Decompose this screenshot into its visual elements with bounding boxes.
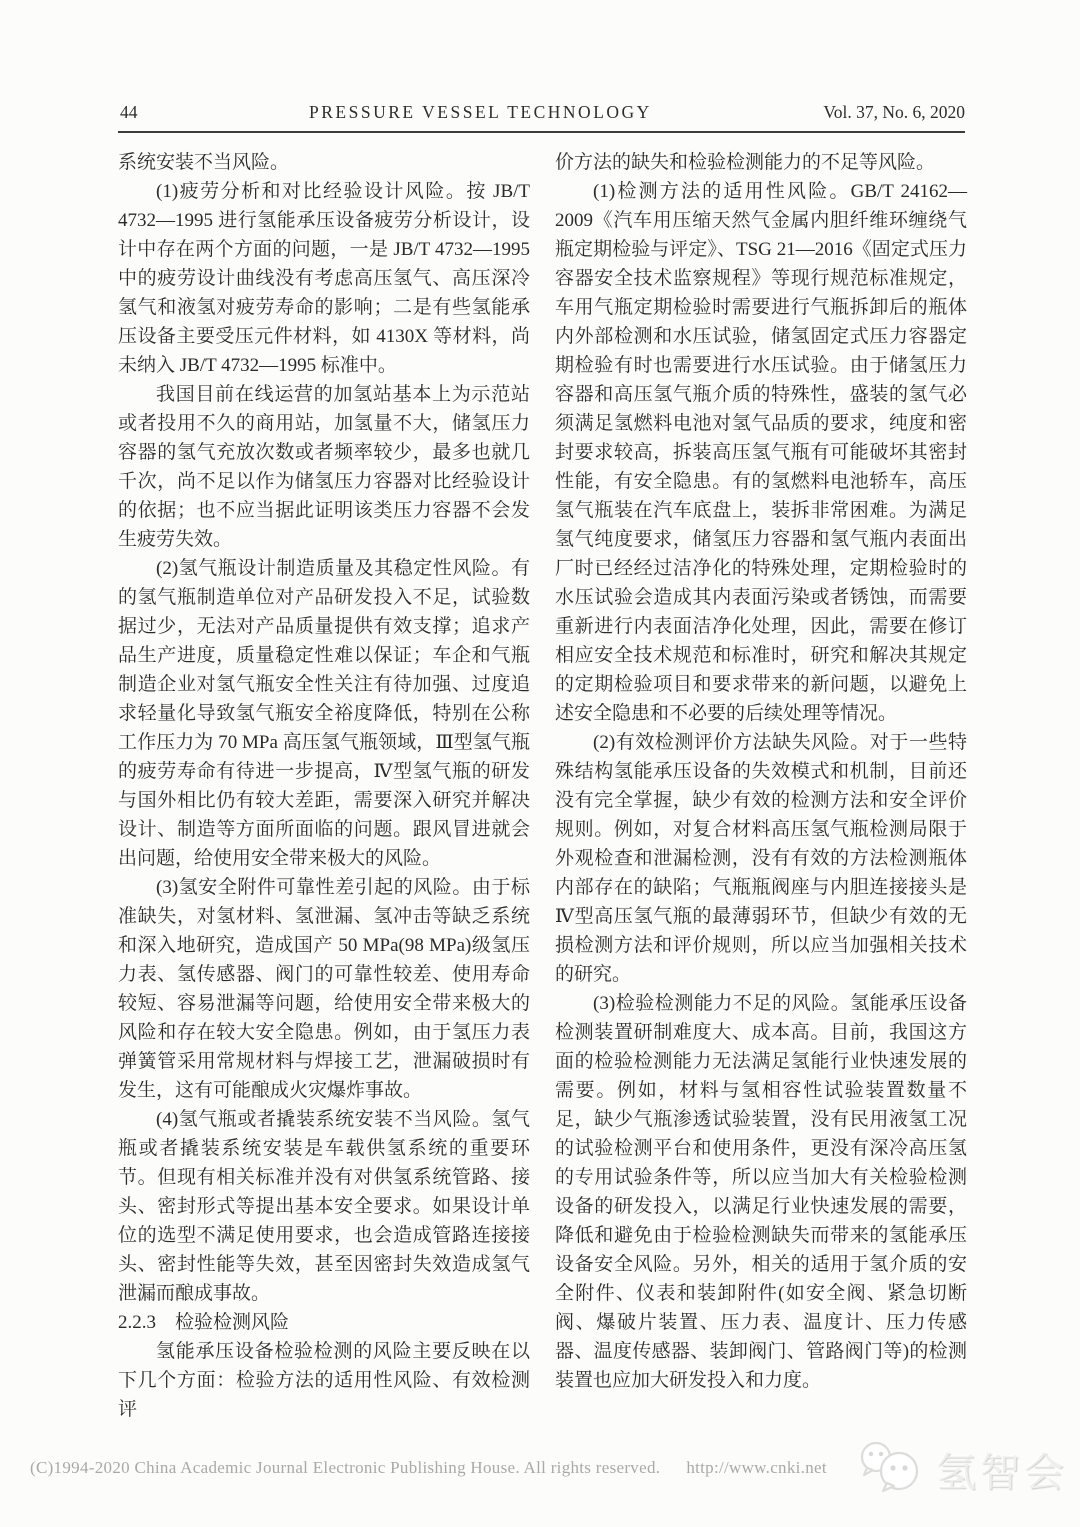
body-paragraph: (3)检验检测能力不足的风险。氢能承压设备检测装置研制难度大、成本高。目前，我国… (555, 989, 967, 1395)
header-divider (118, 131, 965, 133)
body-paragraph: (1)疲劳分析和对比经验设计风险。按 JB/T 4732—1995 进行氢能承压… (118, 177, 530, 380)
watermark-label: 氢智会 (936, 1441, 1068, 1498)
article-body: 系统安装不当风险。(1)疲劳分析和对比经验设计风险。按 JB/T 4732—19… (118, 148, 967, 1424)
watermark: 氢智会 (854, 1437, 1068, 1502)
page-number: 44 (120, 102, 138, 123)
body-paragraph: 系统安装不当风险。 (118, 148, 530, 177)
body-paragraph: (2)氢气瓶设计制造质量及其稳定性风险。有的氢气瓶制造单位对产品研发投入不足，试… (118, 554, 530, 873)
body-paragraph: (3)氢安全附件可靠性差引起的风险。由于标准缺失，对氢材料、氢泄漏、氢冲击等缺乏… (118, 873, 530, 1105)
issue-info: Vol. 37, No. 6, 2020 (823, 102, 965, 123)
body-paragraph: (4)氢气瓶或者撬装系统安装不当风险。氢气瓶或者撬装系统安装是车载供氢系统的重要… (118, 1105, 530, 1308)
right-column: 价方法的缺失和检验检测能力的不足等风险。(1)检测方法的适用性风险。GB/T 2… (555, 148, 967, 1424)
section-heading: 2.2.3 检验检测风险 (118, 1308, 530, 1337)
body-paragraph: 我国目前在线运营的加氢站基本上为示范站或者投用不久的商用站，加氢量不大，储氢压力… (118, 380, 530, 554)
page-footer: (C)1994-2020 China Academic Journal Elec… (30, 1458, 827, 1478)
left-column: 系统安装不当风险。(1)疲劳分析和对比经验设计风险。按 JB/T 4732—19… (118, 148, 530, 1424)
body-paragraph: 氢能承压设备检验检测的风险主要反映在以下几个方面：检验方法的适用性风险、有效检测… (118, 1337, 530, 1424)
page-header: 44 PRESSURE VESSEL TECHNOLOGY Vol. 37, N… (120, 102, 965, 123)
body-paragraph: (2)有效检测评价方法缺失风险。对于一些特殊结构氢能承压设备的失效模式和机制，目… (555, 728, 967, 989)
wechat-chat-bubbles-icon (854, 1437, 926, 1502)
journal-title: PRESSURE VESSEL TECHNOLOGY (309, 102, 652, 123)
body-paragraph: (1)检测方法的适用性风险。GB/T 24162—2009《汽车用压缩天然气金属… (555, 177, 967, 728)
body-paragraph: 价方法的缺失和检验检测能力的不足等风险。 (555, 148, 967, 177)
copyright-notice: (C)1994-2020 China Academic Journal Elec… (30, 1458, 660, 1478)
cnki-url[interactable]: http://www.cnki.net (686, 1458, 827, 1478)
